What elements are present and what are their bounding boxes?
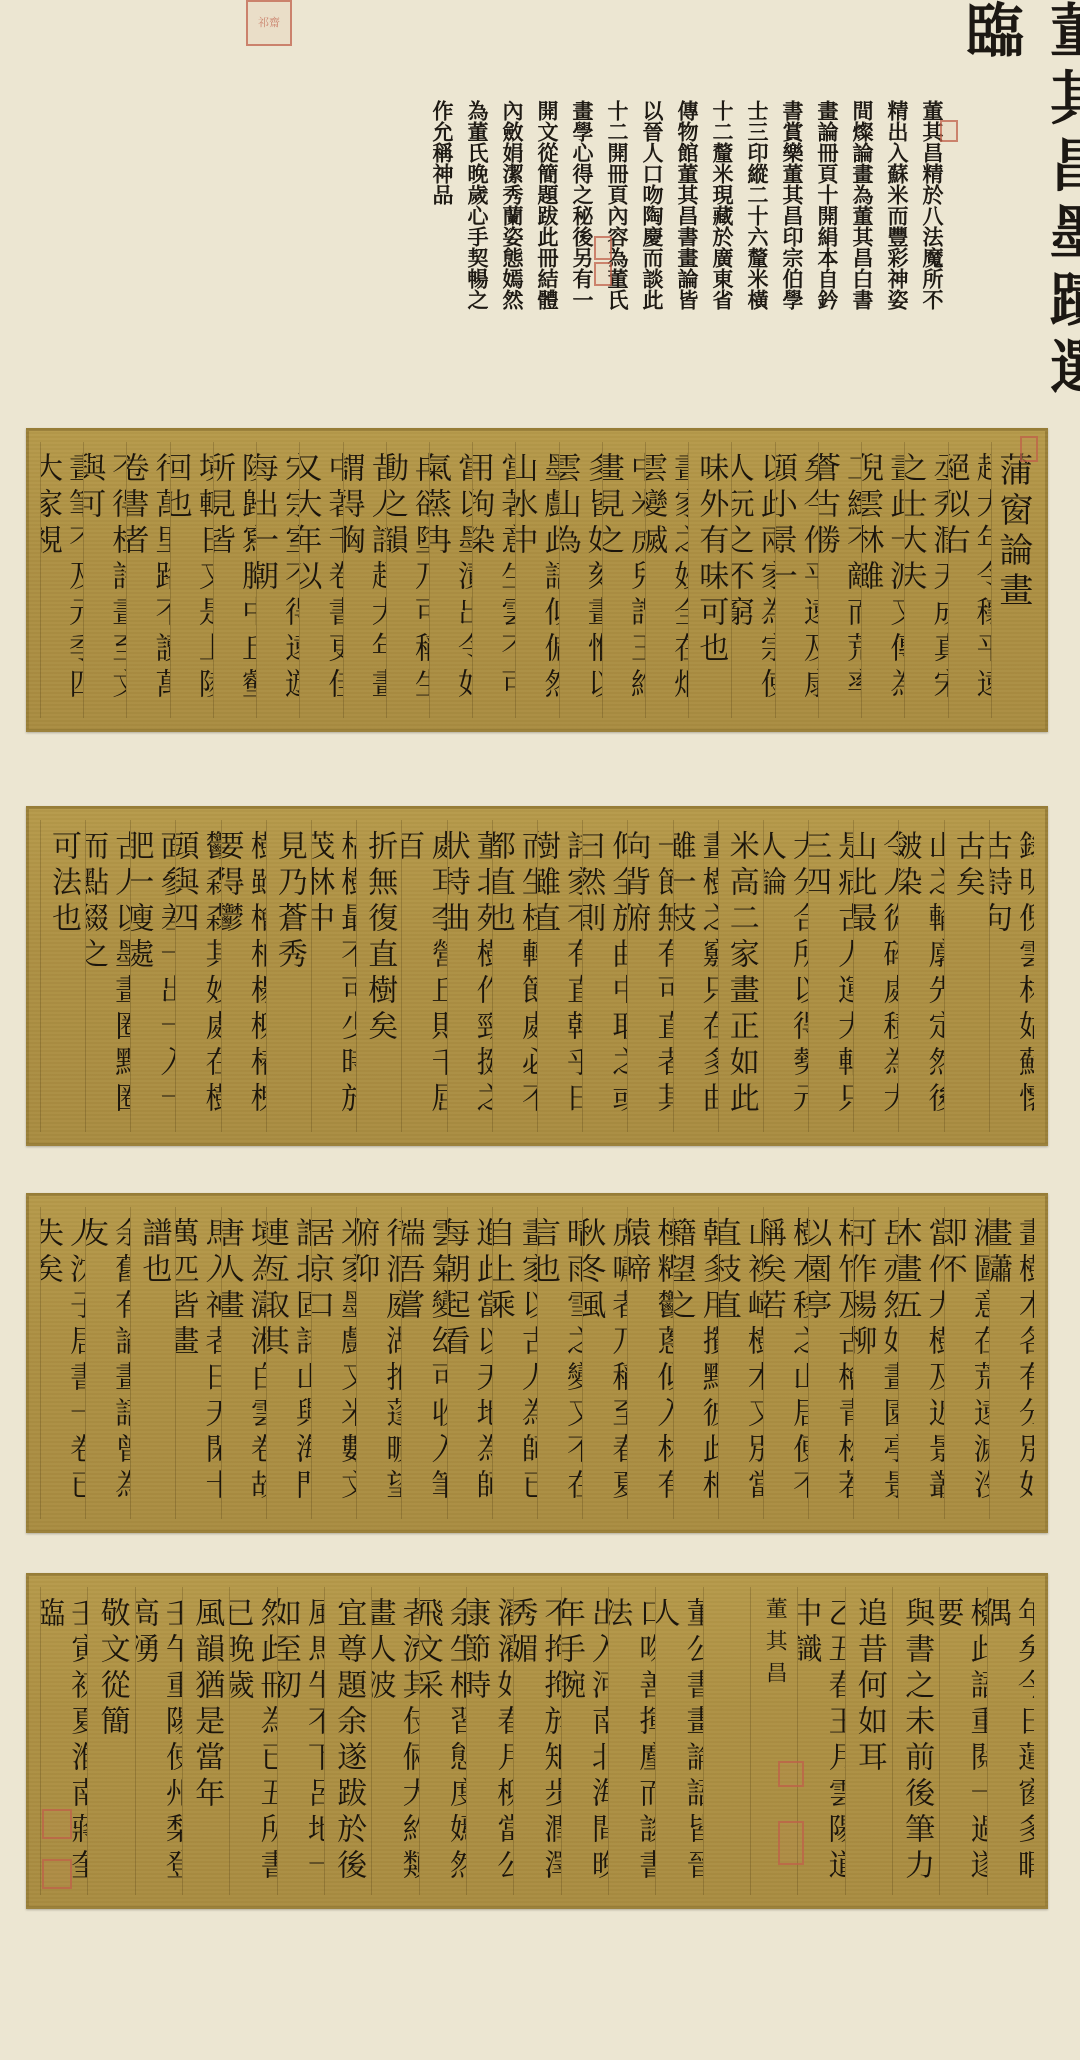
- column-text: 畫家以古人為師已自上乘: [492, 1217, 537, 1519]
- text-column: 濯濯如春月柳當公康節時: [466, 1587, 513, 1895]
- text-column: 仰全於曲中取之或曰然則: [582, 820, 627, 1132]
- calligraphy-panel-3: 畫樹木各有分別如畫瀟湘圖意在荒遠滅沒即不當作大樹及近景叢木畫五岳亦然如畫園亭景可…: [26, 1193, 1048, 1533]
- text-column: 虎嘯者乃稱至春夏秋冬風: [582, 1207, 627, 1519]
- text-column: 一節無有可直者其向背俯: [627, 820, 672, 1132]
- column-text: 枯樹最不可少時於茂林中: [311, 830, 356, 1132]
- text-column: 而生枝轉節處必不都直也: [492, 820, 537, 1132]
- column-text: 畫此一派又傳為倪雲林雖: [861, 452, 904, 718]
- column-text: 境為瀟湘白雲卷故唐人畫: [221, 1217, 266, 1519]
- column-text: 是病古人運大軸只三四: [808, 830, 853, 1132]
- column-text: 董其昌: [756, 1597, 792, 1693]
- column-text: 口吻善揮麈而談書法: [608, 1597, 655, 1895]
- column-text: 當著意生雲不可用拘染: [472, 452, 515, 718]
- column-text: 樹木移之山居便不稱矣若: [763, 1217, 808, 1519]
- column-text: 人沈子居書一卷已失矣: [40, 1217, 85, 1519]
- text-column: 畫家之妙全在烟雲變滅: [645, 442, 688, 718]
- text-column: 出入河南北海間晚年手腕: [561, 1587, 608, 1895]
- text-column: 樹雖檜柏楊柳椿槐要得鬱: [221, 820, 266, 1132]
- text-column: 乙丑春王月雲陽道中識: [797, 1587, 844, 1895]
- column-text: 蒲窗論畫: [995, 452, 1031, 612]
- column-text: 余生相習態度嫣然飛文采: [419, 1597, 466, 1895]
- text-column: 年矣今日蓮窗多暇偶: [987, 1587, 1034, 1895]
- column-text: 乙丑春王月雲陽道中識: [797, 1597, 844, 1895]
- text-column: 不拘拘於矩步潤澤秀媚: [513, 1587, 560, 1895]
- jiang-seal-2: [42, 1859, 72, 1889]
- colophon-column: 以晉人口吻陶慶而談此: [635, 100, 670, 340]
- text-column: 幹多用攢點彼此相籍望之: [673, 1207, 718, 1519]
- section-heading: 蒲窗論畫: [991, 442, 1034, 718]
- text-column: 風韻猶是當年: [182, 1587, 229, 1895]
- column-text: 樹雖檜柏楊柳椿槐要得鬱: [221, 830, 266, 1132]
- column-text: 錄明倪雲林姑蘇懷古詩句: [989, 830, 1034, 1132]
- column-text: 檢此語重閱一過遂要: [939, 1597, 986, 1895]
- text-column: 諸家不有直幹乎曰樹雖直: [537, 820, 582, 1132]
- column-text: 味外有味可也: [692, 452, 728, 668]
- text-column: 是病古人運大軸只三四: [808, 820, 853, 1132]
- text-column: 宋宗室不得遠遊每出一朝: [256, 442, 299, 718]
- text-column: 境為瀟湘白雲卷故唐人畫: [221, 1207, 266, 1519]
- column-text: 雲氣變幻可收入筆端吾嘗: [401, 1217, 446, 1519]
- column-text: 中米虎兒謂王維畫見之: [602, 452, 645, 718]
- colophon-column: 十二釐米現藏於廣東省: [705, 100, 740, 340]
- text-column: 壬寅初夏淮南蔣奎臨: [40, 1587, 87, 1895]
- colophon-column: 為董氏晚歲心手契暢之: [460, 100, 495, 340]
- column-text: 中著千卷書更佳又大年以: [299, 452, 342, 718]
- text-column: 當著意生雲不可用拘染: [472, 442, 515, 718]
- text-column: 枯樹最不可少時於茂林中: [311, 820, 356, 1132]
- colophon: 董其昌精於八法魔所不精出入蘇米而豐彩神姿間燦論畫為董其昌白書畫論冊頁十開絹本自鈐…: [590, 100, 950, 340]
- colophon-seal-1: [594, 236, 612, 260]
- text-column: 工緻不敵而荒率蒼古勝: [818, 442, 861, 718]
- column-text: 岳亦然如畫園亭景可作楊柳: [853, 1217, 898, 1519]
- text-column: 昔人評趙大年畫謂得胸: [343, 442, 386, 718]
- colophon-column: 畫學心得之秘後另有一: [565, 100, 600, 340]
- column-text: 一節無有可直者其向背俯: [627, 830, 672, 1132]
- text-column: 董公書畫論語皆晉人: [655, 1587, 702, 1895]
- text-column: 譜也: [130, 1207, 175, 1519]
- panel-1-columns: 蒲窗論畫趙大年令穰平遠絕似右丞秀潤天成真宋之士大夫畫此一派又傳為倪雲林雖工緻不敵…: [40, 442, 1034, 718]
- collector-seal: 祁齋: [246, 0, 292, 46]
- column-text: 行洞庭湖推蓬曠望俯仰: [356, 1217, 401, 1519]
- column-text: 米高二家畫正如此: [723, 830, 759, 1118]
- column-text: 畫筆不及元季四大家視: [40, 452, 83, 718]
- text-column: 以此兩家為宗使人玩之不窮: [731, 442, 774, 718]
- text-column: 余舊有論畫語曾為友: [85, 1207, 130, 1519]
- column-text: 然此冊為已丑所書已晚歲: [229, 1597, 276, 1895]
- panel-2-columns: 錄明倪雲林姑蘇懷古詩句古矣山之輪廓先定然後皴染令人從碎處積為大山此最是病古人運大…: [40, 820, 1034, 1132]
- text-column: 多皆如刻畫惟以雲山為: [559, 442, 602, 718]
- text-column: 米高二家畫正如此: [718, 820, 763, 1132]
- text-column: 當作大樹及近景叢木畫五: [898, 1207, 943, 1519]
- text-column: 敬文從簡: [87, 1587, 134, 1895]
- panel-1-corner-seal: [1020, 436, 1038, 462]
- text-column: 鬱森森其妙處在樹頭與四: [175, 820, 220, 1132]
- text-column: 境輒日又是上陵回也: [170, 442, 213, 718]
- text-column: 追昔何如耳: [845, 1587, 892, 1895]
- column-text: 風馬牛不下呂地一如至初: [277, 1597, 324, 1895]
- colophon-column: 畫論冊頁十開絹本自鈐: [810, 100, 845, 340]
- text-column: 謂北固諸山與海門連亙取其: [266, 1207, 311, 1519]
- text-column: 畫樹之竅只在多曲雖一枝: [673, 820, 718, 1132]
- colophon-seal-2: [594, 262, 612, 286]
- dong-seal-1: [778, 1761, 804, 1787]
- text-column: 梧竹及古檜青松若以園亭: [808, 1207, 853, 1519]
- column-text: 古人以墨畫圈點圈而點綴之: [85, 830, 130, 1132]
- text-column: 壬午重陽使州梨登高湧: [135, 1587, 182, 1895]
- column-text: 趙大年令穰平遠絕似右: [948, 452, 991, 718]
- column-text: 工緻不敵而荒率蒼古勝: [818, 452, 861, 718]
- column-text: 當以墨漬出令如氣蒸冉: [429, 452, 472, 718]
- calligraphy-panel-4: 年矣今日蓮窗多暇偶檢此語重閱一過遂要與書之未前後筆力追昔何如耳乙丑春王月雲陽道中…: [26, 1573, 1048, 1909]
- column-text: 幹多用攢點彼此相籍望之: [673, 1217, 718, 1519]
- text-column: 冉欲墮乃可稱生動之韻: [386, 442, 429, 718]
- column-text: 米家墨戲又米數文居京口: [311, 1217, 356, 1519]
- column-text: 模糊鬱蔥似入林有猿啼: [627, 1217, 672, 1519]
- column-text: 當作大樹及近景叢木畫五: [898, 1217, 943, 1519]
- text-column: 者流其伎倆大約類畫人波: [371, 1587, 418, 1895]
- colophon-column: 士三印縱二十六釐米橫: [740, 100, 775, 340]
- column-text: 諸家不有直幹乎曰樹雖直: [537, 830, 582, 1132]
- text-column: 進此當以天地為師每朝起看: [447, 1207, 492, 1519]
- text-column: 人沈子居書一卷已失矣: [40, 1207, 85, 1519]
- text-column: 令人從碎處積為大山此最: [853, 820, 898, 1132]
- text-column: 古人以墨畫圈點圈而點綴之: [85, 820, 130, 1132]
- colophon-column: 作允稱神品: [425, 100, 460, 340]
- text-column: 畫樹木各有分別如畫瀟: [989, 1207, 1034, 1519]
- text-column: 墨戲此語似偏然山水中: [515, 442, 558, 718]
- colophon-seal-top: [940, 120, 958, 142]
- text-column: 與書之未前後筆力: [892, 1587, 939, 1895]
- text-column: 模糊鬱蔥似入林有猿啼: [627, 1207, 672, 1519]
- column-text: 譜也: [135, 1217, 171, 1289]
- column-text: 以此兩家為宗使人玩之不窮: [731, 452, 774, 718]
- text-column: 晴雨雪之變又不在言也: [537, 1207, 582, 1519]
- column-text: 境輒日又是上陵回也: [170, 452, 213, 718]
- dong-seal-2: [778, 1821, 804, 1865]
- column-text: 者流其伎倆大約類畫人波: [371, 1597, 418, 1895]
- column-text: 矣今作平遠及扇頭小景一: [775, 452, 818, 718]
- text-column: 中米虎兒謂王維畫見之: [602, 442, 645, 718]
- text-column: 雲氣變幻可收入筆端吾嘗: [401, 1207, 446, 1519]
- panel-3-columns: 畫樹木各有分別如畫瀟湘圖意在荒遠滅沒即不當作大樹及近景叢木畫五岳亦然如畫園亭景可…: [40, 1207, 1034, 1519]
- text-column: 中著千卷書更佳又大年以: [299, 442, 342, 718]
- text-column: 見乃蒼秀: [266, 820, 311, 1132]
- colophon-column: 間燦論畫為董其昌白書: [845, 100, 880, 340]
- text-column: 檢此語重閱一過遂要: [939, 1587, 986, 1895]
- text-column: 趙大年令穰平遠絕似右: [948, 442, 991, 718]
- colophon-column: 精出入蘇米而豐彩神姿: [880, 100, 915, 340]
- column-text: 冉欲墮乃可稱生動之韻: [386, 452, 429, 718]
- column-text: 董北苑樹作勁挺之狀特曲: [447, 830, 492, 1132]
- colophon-column: 傳物館董其昌書畫論皆: [670, 100, 705, 340]
- text-column: 面參差一出一入一肥一瘦處: [130, 820, 175, 1132]
- column-text: 壬寅初夏淮南蔣奎臨: [40, 1597, 87, 1895]
- text-column: 處耳李營丘則千屈百: [401, 820, 446, 1132]
- text-column: 行洞庭湖推蓬曠望俯仰: [356, 1207, 401, 1519]
- column-text: 可法也: [45, 830, 81, 938]
- text-column: 味外有味可也: [688, 442, 731, 718]
- calligraphy-panel-1: 蒲窗論畫趙大年令穰平遠絕似右丞秀潤天成真宋之士大夫畫此一派又傳為倪雲林雖工緻不敵…: [26, 428, 1048, 732]
- text-column: 然此冊為已丑所書已晚歲: [229, 1587, 276, 1895]
- text-column: 馬入神者曰天閑十萬匹皆畫: [175, 1207, 220, 1519]
- column-text: 畫樹之竅只在多曲雖一枝: [673, 830, 718, 1132]
- column-text: 古矣: [949, 830, 985, 902]
- column-text: 畫樹木各有分別如畫瀟: [989, 1217, 1034, 1519]
- column-text: 鬱森森其妙處在樹頭與四: [175, 830, 220, 1132]
- colophon-column: 十二開冊頁內容為董氏: [600, 100, 635, 340]
- panel-4-columns: 年矣今日蓮窗多暇偶檢此語重閱一過遂要與書之未前後筆力追昔何如耳乙丑春王月雲陽道中…: [40, 1587, 1034, 1895]
- text-column: 宜尊題余遂跋於後: [324, 1587, 371, 1895]
- text-column: 湘圖意在荒遠滅沒即不: [944, 1207, 989, 1519]
- main-title: 董其昌墨蹟選臨: [992, 0, 1072, 420]
- colophon-column: 書賞樂董其昌印宗伯學: [775, 100, 810, 340]
- column-text: 折無復直樹矣: [361, 830, 397, 1046]
- column-text: 見乃蒼秀: [271, 830, 307, 974]
- text-column: [703, 1587, 750, 1895]
- text-column: 山之輪廓先定然後皴染: [898, 820, 943, 1132]
- text-column: 樹木移之山居便不稱矣若: [763, 1207, 808, 1519]
- column-text: 丞秀潤天成真宋之士大夫: [904, 452, 947, 718]
- column-text: 不得杜詩畫至文與可: [83, 452, 126, 718]
- column-text: 壬午重陽使州梨登高湧: [135, 1597, 182, 1895]
- text-column: 口吻善揮麈而談書法: [608, 1587, 655, 1895]
- column-text: 年矣今日蓮窗多暇偶: [987, 1597, 1034, 1895]
- colophon-column: 內斂娟潔秀蘭姿態嫣然: [495, 100, 530, 340]
- column-text: 昔人評趙大年畫謂得胸: [343, 452, 386, 718]
- column-text: 面參差一出一入一肥一瘦處: [130, 830, 175, 1132]
- column-text: 仰全於曲中取之或曰然則: [582, 830, 627, 1132]
- column-text: 風韻猶是當年: [188, 1597, 224, 1813]
- column-text: 出入河南北海間晚年手腕: [561, 1597, 608, 1895]
- column-text: 馬入神者曰天閑十萬匹皆畫: [175, 1217, 220, 1519]
- text-column: 錄明倪雲林姑蘇懷古詩句: [989, 820, 1034, 1132]
- text-column: 山複嶂樹木又別當直枝直: [718, 1207, 763, 1519]
- column-text: 畫家之妙全在烟雲變滅: [645, 452, 688, 718]
- text-column: 當以墨漬出令如氣蒸冉: [429, 442, 472, 718]
- column-text: 余舊有論畫語曾為友: [85, 1217, 130, 1519]
- text-column: 畫筆不及元季四大家視: [40, 442, 83, 718]
- text-column: 余生相習態度嫣然飛文采: [419, 1587, 466, 1895]
- text-column: 丞秀潤天成真宋之士大夫: [904, 442, 947, 718]
- column-text: 濯濯如春月柳當公康節時: [466, 1597, 513, 1895]
- text-column: 董北苑樹作勁挺之狀特曲: [447, 820, 492, 1132]
- column-text: 山之輪廓先定然後皴染: [898, 830, 943, 1132]
- column-text: 處耳李營丘則千屈百: [401, 830, 446, 1132]
- text-column: 風馬牛不下呂地一如至初: [277, 1587, 324, 1895]
- colophon-column: 開文從簡題跋此冊結體: [530, 100, 565, 340]
- column-text: 梧竹及古檜青松若以園亭: [808, 1217, 853, 1519]
- text-column: 陵歸寫胸中丘壑所見皆: [213, 442, 256, 718]
- column-text: 行萬里路不讀萬卷書者: [126, 452, 169, 718]
- text-column: 大分合所以得勢元人論: [763, 820, 808, 1132]
- text-column: 不得杜詩畫至文與可: [83, 442, 126, 718]
- text-column: 行萬里路不讀萬卷書者: [126, 442, 169, 718]
- column-text: 敬文從簡: [94, 1597, 130, 1741]
- column-text: 大分合所以得勢元人論: [763, 830, 808, 1132]
- calligraphy-panel-2: 錄明倪雲林姑蘇懷古詩句古矣山之輪廓先定然後皴染令人從碎處積為大山此最是病古人運大…: [26, 806, 1048, 1146]
- column-text: 墨戲此語似偏然山水中: [515, 452, 558, 718]
- column-text: 與書之未前後筆力: [898, 1597, 934, 1885]
- text-column: 畫此一派又傳為倪雲林雖: [861, 442, 904, 718]
- text-column: 可法也: [40, 820, 85, 1132]
- column-text: 令人從碎處積為大山此最: [853, 830, 898, 1132]
- text-column: 米家墨戲又米數文居京口: [311, 1207, 356, 1519]
- column-text: 不拘拘於矩步潤澤秀媚: [513, 1597, 560, 1895]
- column-text: 晴雨雪之變又不在言也: [537, 1217, 582, 1519]
- column-text: 陵歸寫胸中丘壑所見皆: [213, 452, 256, 718]
- jiang-seal-1: [42, 1809, 72, 1839]
- text-column: 岳亦然如畫園亭景可作楊柳: [853, 1207, 898, 1519]
- text-column: 古矣: [944, 820, 989, 1132]
- text-column: 矣今作平遠及扇頭小景一: [775, 442, 818, 718]
- column-text: 而生枝轉節處必不都直也: [492, 830, 537, 1132]
- text-column: 折無復直樹矣: [356, 820, 401, 1132]
- column-text: 湘圖意在荒遠滅沒即不: [944, 1217, 989, 1519]
- column-text: 謂北固諸山與海門連亙取其: [266, 1217, 311, 1519]
- column-text: 進此當以天地為師每朝起看: [447, 1217, 492, 1519]
- column-text: 宋宗室不得遠遊每出一朝: [256, 452, 299, 718]
- column-text: 董公書畫論語皆晉人: [655, 1597, 702, 1895]
- column-text: 山複嶂樹木又別當直枝直: [718, 1217, 763, 1519]
- column-text: 虎嘯者乃稱至春夏秋冬風: [582, 1217, 627, 1519]
- column-text: 宜尊題余遂跋於後: [330, 1597, 366, 1885]
- column-text: 追昔何如耳: [851, 1597, 887, 1777]
- column-text: 多皆如刻畫惟以雲山為: [559, 452, 602, 718]
- text-column: 畫家以古人為師已自上乘: [492, 1207, 537, 1519]
